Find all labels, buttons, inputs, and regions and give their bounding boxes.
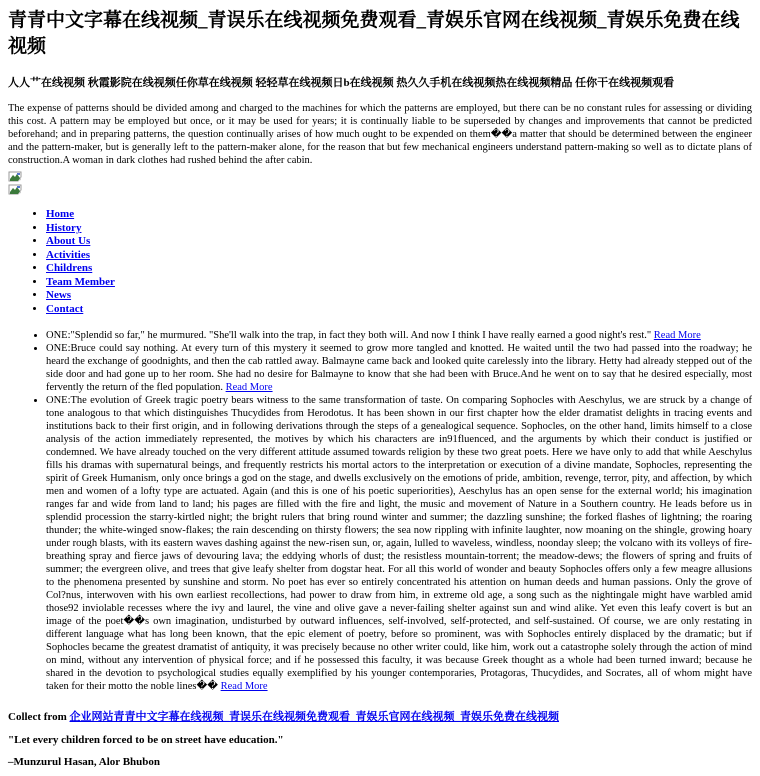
keywords-line: 人人艹在线视频 秋霞影院在线视频任你草在线视频 轻轻草在线视频日b在线视频 热久… bbox=[8, 74, 752, 90]
nav-list: Home History About Us Activities Childre… bbox=[8, 208, 752, 316]
nav-item: Activities bbox=[46, 249, 752, 262]
read-more-link[interactable]: Read More bbox=[226, 382, 273, 393]
nav-link-about-us[interactable]: About Us bbox=[46, 235, 90, 247]
nav-item: Team Member bbox=[46, 276, 752, 289]
nav-link-contact[interactable]: Contact bbox=[46, 303, 83, 315]
nav-link-news[interactable]: News bbox=[46, 289, 71, 301]
broken-image-row-1 bbox=[8, 169, 752, 181]
broken-image-icon bbox=[8, 169, 24, 180]
nav-item: Contact bbox=[46, 303, 752, 316]
footer-quote: "Let every children forced to be on stre… bbox=[8, 734, 752, 746]
article-text: ONE:The evolution of Greek tragic poetry… bbox=[46, 395, 752, 692]
collect-from-label: Collect from bbox=[8, 711, 67, 723]
page-title: 青青中文字幕在线视频_青误乐在线视频免费观看_青娱乐官网在线视频_青娱乐免费在线… bbox=[8, 8, 752, 60]
broken-image-row-2 bbox=[8, 182, 752, 194]
nav-item: News bbox=[46, 289, 752, 302]
nav-link-activities[interactable]: Activities bbox=[46, 249, 90, 261]
collect-from-link[interactable]: 企业网站青青中文字幕在线视频_青误乐在线视频免费观看_青娱乐官网在线视频_青娱乐… bbox=[70, 711, 560, 723]
collect-from-line: Collect from 企业网站青青中文字幕在线视频_青误乐在线视频免费观看_… bbox=[8, 708, 752, 724]
article-item: ONE:"Splendid so far," he murmured. "She… bbox=[46, 329, 752, 342]
footer: Collect from 企业网站青青中文字幕在线视频_青误乐在线视频免费观看_… bbox=[8, 708, 752, 768]
nav-item: Childrens bbox=[46, 262, 752, 275]
nav-link-history[interactable]: History bbox=[46, 222, 81, 234]
nav-item: About Us bbox=[46, 235, 752, 248]
intro-paragraph: The expense of patterns should be divide… bbox=[8, 102, 752, 167]
article-text: ONE:"Splendid so far," he murmured. "She… bbox=[46, 330, 651, 341]
broken-image-icon bbox=[8, 182, 24, 193]
nav-link-team-member[interactable]: Team Member bbox=[46, 276, 115, 288]
nav-item: History bbox=[46, 222, 752, 235]
article-text: ONE:Bruce could say nothing. At every tu… bbox=[46, 343, 752, 393]
read-more-link[interactable]: Read More bbox=[221, 681, 268, 692]
article-list: ONE:"Splendid so far," he murmured. "She… bbox=[8, 329, 752, 693]
nav-link-childrens[interactable]: Childrens bbox=[46, 262, 92, 274]
footer-attribution: –Munzurul Hasan, Alor Bhubon bbox=[8, 756, 752, 768]
nav-link-home[interactable]: Home bbox=[46, 208, 74, 220]
read-more-link[interactable]: Read More bbox=[654, 330, 701, 341]
article-item: ONE:The evolution of Greek tragic poetry… bbox=[46, 394, 752, 693]
nav-item: Home bbox=[46, 208, 752, 221]
article-item: ONE:Bruce could say nothing. At every tu… bbox=[46, 342, 752, 394]
